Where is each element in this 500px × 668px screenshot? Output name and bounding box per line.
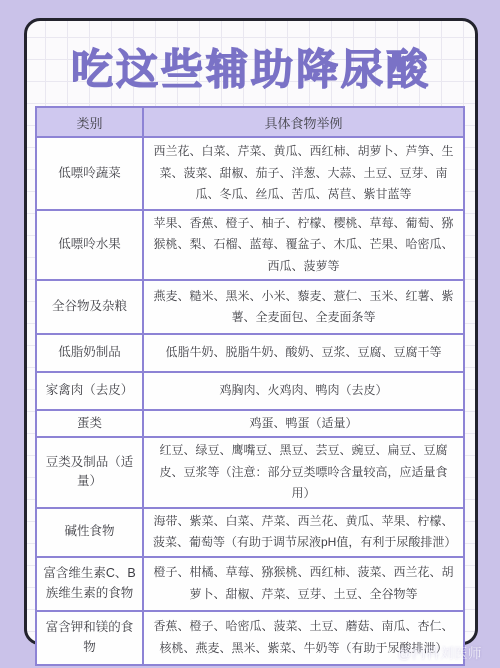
category-cell: 豆类及制品（适量）	[36, 437, 143, 507]
category-cell: 家禽肉（去皮）	[36, 372, 143, 410]
category-cell: 低嘌呤蔬菜	[36, 137, 143, 210]
table-row: 全谷物及杂粮 燕麦、糙米、黑米、小米、藜麦、薏仁、玉米、红薯、紫薯、全麦面包、全…	[36, 280, 464, 334]
header-category: 类别	[36, 107, 143, 137]
food-table: 类别 具体食物举例 低嘌呤蔬菜 西兰花、白菜、芹菜、黄瓜、西红柿、胡萝卜、芦笋、…	[35, 106, 465, 666]
examples-cell: 红豆、绿豆、鹰嘴豆、黑豆、芸豆、豌豆、扁豆、豆腐皮、豆浆等（注意：部分豆类嘌呤含…	[143, 437, 464, 507]
category-cell: 碱性食物	[36, 508, 143, 557]
person-icon	[381, 645, 395, 659]
examples-cell: 燕麦、糙米、黑米、小米、藜麦、薏仁、玉米、红薯、紫薯、全麦面包、全麦面条等	[143, 280, 464, 334]
watermark-text: @内科刘医师	[398, 642, 482, 662]
header-examples: 具体食物举例	[143, 107, 464, 137]
category-cell: 蛋类	[36, 410, 143, 437]
examples-cell: 橙子、柑橘、草莓、猕猴桃、西红柿、菠菜、西兰花、胡萝卜、甜椒、芹菜、豆芽、土豆、…	[143, 557, 464, 611]
examples-cell: 鸡蛋、鸭蛋（适量）	[143, 410, 464, 437]
category-cell: 全谷物及杂粮	[36, 280, 143, 334]
category-cell: 低嘌呤水果	[36, 210, 143, 280]
category-cell: 低脂奶制品	[36, 334, 143, 372]
table-row: 豆类及制品（适量） 红豆、绿豆、鹰嘴豆、黑豆、芸豆、豌豆、扁豆、豆腐皮、豆浆等（…	[36, 437, 464, 507]
category-cell: 富含维生素C、B族维生素的食物	[36, 557, 143, 611]
watermark: @内科刘医师	[381, 642, 482, 662]
table-row: 家禽肉（去皮） 鸡胸肉、火鸡肉、鸭肉（去皮）	[36, 372, 464, 410]
table-row: 富含维生素C、B族维生素的食物 橙子、柑橘、草莓、猕猴桃、西红柿、菠菜、西兰花、…	[36, 557, 464, 611]
poster-card: 吃这些辅助降尿酸 类别 具体食物举例 低嘌呤蔬菜 西兰花、白菜、芹菜、黄瓜、西红…	[24, 18, 478, 645]
table-header-row: 类别 具体食物举例	[36, 107, 464, 137]
table-row: 碱性食物 海带、紫菜、白菜、芹菜、西兰花、黄瓜、苹果、柠檬、菠菜、葡萄等（有助于…	[36, 508, 464, 557]
table-row: 低脂奶制品 低脂牛奶、脱脂牛奶、酸奶、豆浆、豆腐、豆腐干等	[36, 334, 464, 372]
table-row: 蛋类 鸡蛋、鸭蛋（适量）	[36, 410, 464, 437]
page-title: 吃这些辅助降尿酸	[27, 36, 475, 98]
examples-cell: 苹果、香蕉、橙子、柚子、柠檬、樱桃、草莓、葡萄、猕猴桃、梨、石榴、蓝莓、覆盆子、…	[143, 210, 464, 280]
examples-cell: 低脂牛奶、脱脂牛奶、酸奶、豆浆、豆腐、豆腐干等	[143, 334, 464, 372]
category-cell: 富含钾和镁的食物	[36, 611, 143, 665]
examples-cell: 鸡胸肉、火鸡肉、鸭肉（去皮）	[143, 372, 464, 410]
examples-cell: 海带、紫菜、白菜、芹菜、西兰花、黄瓜、苹果、柠檬、菠菜、葡萄等（有助于调节尿液p…	[143, 508, 464, 557]
table-row: 低嘌呤水果 苹果、香蕉、橙子、柚子、柠檬、樱桃、草莓、葡萄、猕猴桃、梨、石榴、蓝…	[36, 210, 464, 280]
examples-cell: 西兰花、白菜、芹菜、黄瓜、西红柿、胡萝卜、芦笋、生菜、菠菜、甜椒、茄子、洋葱、大…	[143, 137, 464, 210]
table-row: 低嘌呤蔬菜 西兰花、白菜、芹菜、黄瓜、西红柿、胡萝卜、芦笋、生菜、菠菜、甜椒、茄…	[36, 137, 464, 210]
